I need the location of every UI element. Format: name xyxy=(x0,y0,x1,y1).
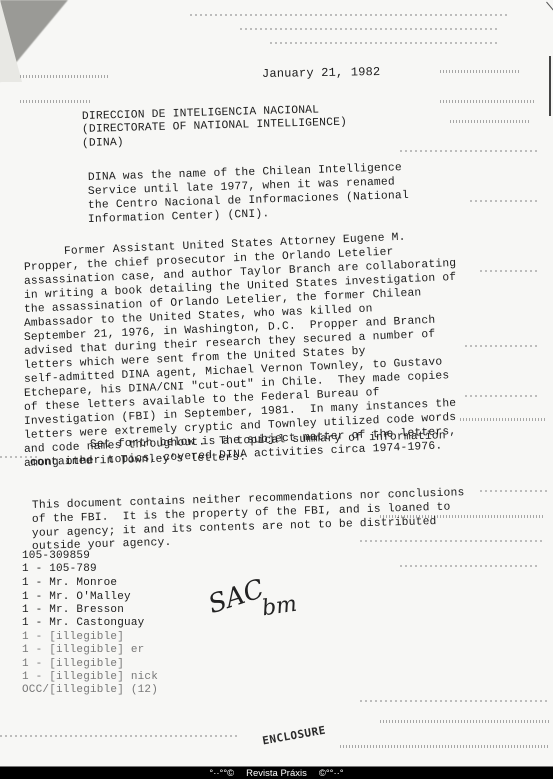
document-date: January 21, 1982 xyxy=(262,66,381,81)
distribution-line: 1 - [illegible] xyxy=(22,631,124,644)
distribution-line: 1 - Mr. Castonguay xyxy=(22,617,144,630)
distribution-line: 1 - [illegible] er xyxy=(22,644,144,657)
handwritten-initials: SAC xyxy=(205,574,268,620)
distribution-line: 1 - Mr. O'Malley xyxy=(22,591,131,604)
distribution-line: 1 - Mr. Monroe xyxy=(22,577,117,590)
footer-ornament-left: °··°°© xyxy=(209,768,234,779)
handwritten-initials: bm xyxy=(260,592,298,622)
distribution-line: 1 - 105-789 xyxy=(22,563,97,576)
distribution-line: 1 - [illegible] nick xyxy=(22,671,158,684)
distribution-line: 1 - Mr. Bresson xyxy=(22,604,124,617)
enclosure-stamp: ENCLOSURE xyxy=(261,724,326,748)
footer-title: Revista Práxis xyxy=(246,768,307,779)
distribution-file-number: 105-309859 xyxy=(22,550,90,563)
footer-ornament-right: ©°°··° xyxy=(319,768,344,779)
distribution-line: 1 - [illegible] xyxy=(22,658,124,671)
scan-edge-mark xyxy=(549,56,551,116)
document-page: January 21, 1982 DIRECCION DE INTELIGENC… xyxy=(0,0,553,766)
distribution-line: OCC/[illegible] (12) xyxy=(22,684,158,697)
footer-bar: °··°°© Revista Práxis ©°°··° xyxy=(0,766,553,779)
header-line: (DINA) xyxy=(82,137,124,151)
